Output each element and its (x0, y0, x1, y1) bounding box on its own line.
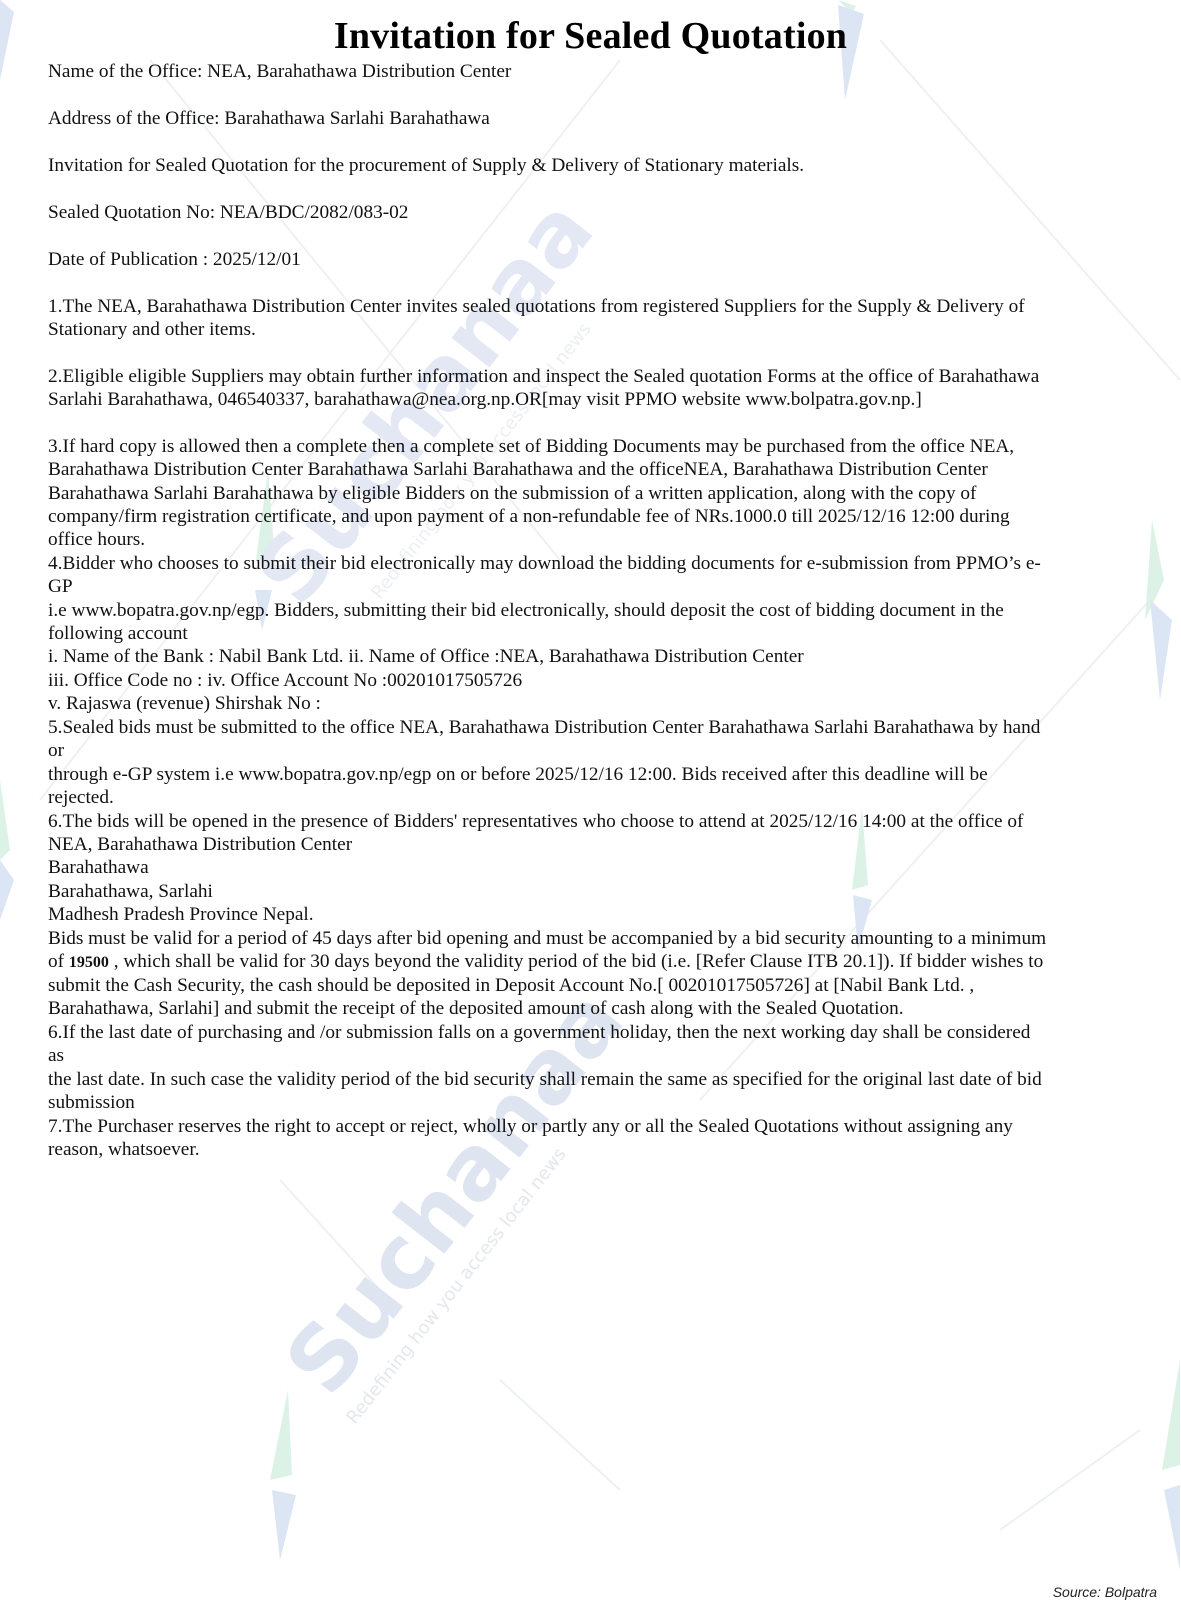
bid-security-amount: 19500 (69, 954, 109, 971)
body-line: rejected. (48, 786, 114, 810)
header-line: Address of the Office: Barahathawa Sarla… (48, 107, 490, 131)
body-line: GP (48, 575, 73, 599)
body-line: reason, whatsoever. (48, 1138, 200, 1162)
bid-security-prefix: of (48, 951, 69, 972)
body-line: following account (48, 622, 188, 646)
body-line: company/firm registration certificate, a… (48, 505, 1010, 529)
body-line: Barahathawa, Sarlahi] and submit the rec… (48, 997, 904, 1021)
header-line: Sealed Quotation No: NEA/BDC/2082/083-02 (48, 201, 408, 225)
body-line: Barahathawa, Sarlahi (48, 880, 213, 904)
body-line: the last date. In such case the validity… (48, 1068, 1042, 1092)
body-line: submission (48, 1091, 135, 1115)
body-line: iii. Office Code no : iv. Office Account… (48, 669, 522, 693)
body-line: i. Name of the Bank : Nabil Bank Ltd. ii… (48, 645, 804, 669)
body-line: or (48, 739, 64, 763)
body-line: Sarlahi Barahathawa, 046540337, barahath… (48, 388, 922, 412)
body-line: 3.If hard copy is allowed then a complet… (48, 435, 1014, 459)
header-line: Name of the Office: NEA, Barahathawa Dis… (48, 60, 511, 84)
body-line: as (48, 1044, 64, 1068)
body-line: 1.The NEA, Barahathawa Distribution Cent… (48, 295, 1025, 319)
body-line: 6.If the last date of purchasing and /or… (48, 1021, 1030, 1045)
body-line: Stationary and other items. (48, 318, 256, 342)
source-credit: Source: Bolpatra (1053, 1584, 1157, 1600)
bid-security-suffix: , which shall be valid for 30 days beyon… (109, 951, 1043, 972)
svg-text:Redefining how you access loca: Redefining how you access local news (342, 1144, 570, 1428)
body-line: 5.Sealed bids must be submitted to the o… (48, 716, 1040, 740)
header-line: Invitation for Sealed Quotation for the … (48, 154, 804, 178)
body-line: i.e www.bopatra.gov.np/egp. Bidders, sub… (48, 599, 1004, 623)
bid-security-line: of 19500 , which shall be valid for 30 d… (48, 950, 1043, 975)
body-line: through e-GP system i.e www.bopatra.gov.… (48, 763, 988, 787)
body-line: 6.The bids will be opened in the presenc… (48, 810, 1023, 834)
body-line: Bids must be valid for a period of 45 da… (48, 927, 1046, 951)
body-line: Madhesh Pradesh Province Nepal. (48, 903, 314, 927)
body-line: v. Rajaswa (revenue) Shirshak No : (48, 692, 321, 716)
body-line: 7.The Purchaser reserves the right to ac… (48, 1115, 1013, 1139)
body-line: 4.Bidder who chooses to submit their bid… (48, 552, 1041, 576)
document-title: Invitation for Sealed Quotation (0, 14, 1181, 58)
body-line: office hours. (48, 528, 145, 552)
body-line: Barahathawa (48, 856, 149, 880)
body-line: 2.Eligible eligible Suppliers may obtain… (48, 365, 1039, 389)
body-line: Barahathawa Sarlahi Barahathawa by eligi… (48, 482, 976, 506)
header-line: Date of Publication : 2025/12/01 (48, 248, 301, 272)
body-line: submit the Cash Security, the cash shoul… (48, 974, 974, 998)
watermark-layer: Suchanaa Suchanaa Redefining how you acc… (0, 0, 1181, 1607)
body-line: NEA, Barahathawa Distribution Center (48, 833, 352, 857)
body-line: Barahathawa Distribution Center Barahath… (48, 458, 988, 482)
